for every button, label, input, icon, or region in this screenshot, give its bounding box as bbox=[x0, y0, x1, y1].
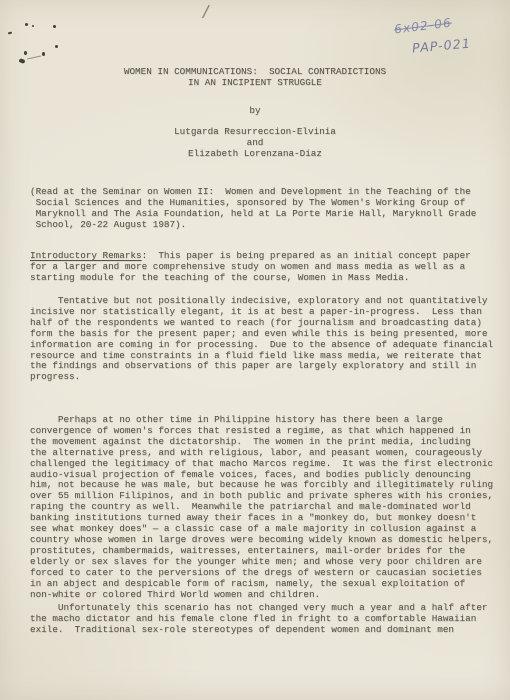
byline-by: by bbox=[0, 106, 510, 117]
scanned-paper-page: / 6x02-06 PAP-021 WOMEN IN COMMUNICATION… bbox=[0, 0, 510, 700]
ink-speck bbox=[25, 23, 28, 26]
pen-slash-mark: / bbox=[201, 2, 210, 23]
ink-speck bbox=[53, 25, 56, 28]
handwritten-code: PAP-021 bbox=[411, 35, 471, 55]
paragraph-perhaps: Perhaps at no other time in Philippine h… bbox=[30, 415, 493, 600]
ink-speck bbox=[18, 58, 25, 64]
ink-speck bbox=[42, 52, 45, 56]
byline-author2: Elizabeth Lorenzana-Diaz bbox=[0, 149, 510, 160]
ink-speck bbox=[24, 51, 27, 55]
paragraph-unfortunately: Unfortunately this scenario has not chan… bbox=[30, 603, 487, 636]
ink-speck bbox=[8, 32, 12, 35]
paper-title: WOMEN IN COMMUNICATIONS: SOCIAL CONTRADI… bbox=[0, 67, 510, 89]
introductory-remarks-heading: Introductory Remarks bbox=[30, 250, 142, 261]
ink-speck bbox=[32, 25, 34, 27]
ink-speck bbox=[27, 56, 41, 60]
paragraph-seminar-note: (Read at the Seminar on Women II: Women … bbox=[30, 187, 476, 231]
byline: by Lutgarda Resurreccion-Elvinia and Eli… bbox=[0, 106, 510, 160]
paragraph-introductory-remarks: Introductory Remarks: This paper is bein… bbox=[30, 251, 471, 284]
handwritten-code-struck: 6x02-06 bbox=[393, 16, 452, 37]
paper-title-line2: IN AN INCIPIENT STRUGGLE bbox=[0, 78, 510, 89]
ink-speck bbox=[55, 45, 58, 48]
paragraph-tentative: Tentative but not positionally indecisiv… bbox=[30, 296, 493, 383]
